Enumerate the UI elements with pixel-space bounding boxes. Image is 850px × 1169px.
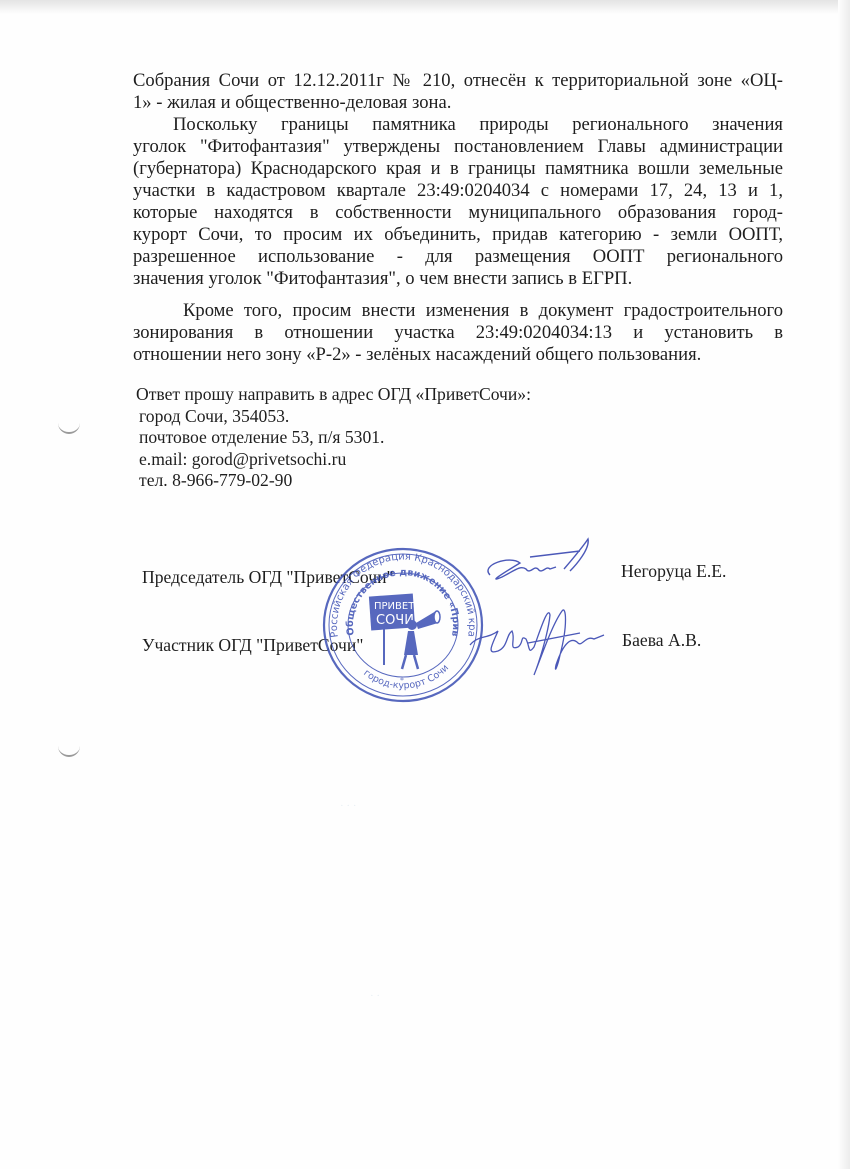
scan-edge-shadow-right — [838, 0, 850, 1169]
punch-hole-mark — [58, 744, 80, 757]
text-line: уголок "Фитофантазия" утверждены постано… — [133, 136, 783, 158]
address-heading: Ответ прошу направить в адрес ОГД «Приве… — [136, 384, 531, 406]
text-line: Собрания Сочи от 12.12.2011г № 210, отне… — [133, 70, 783, 92]
address-phone: тел. 8-966-779-02-90 — [136, 470, 531, 492]
svg-text:*: * — [400, 676, 404, 685]
text-line: зонирования в отношении участка 23:49:02… — [133, 322, 783, 344]
text-line: разрешенное использование - для размещен… — [133, 246, 783, 268]
signatory-name-chairman: Негоруца Е.Е. — [621, 561, 726, 582]
bleed-through-mark: · · — [370, 990, 380, 1002]
reply-address-block: Ответ прошу направить в адрес ОГД «Приве… — [136, 384, 531, 492]
stamp-logo-line1: ПРИВЕТ- — [374, 601, 418, 612]
text-line: (губернатора) Краснодарского края и в гр… — [133, 158, 783, 180]
text-line: отношении него зону «Р-2» - зелёных наса… — [133, 344, 783, 366]
text-line: курорт Сочи, то просим их объединить, пр… — [133, 224, 783, 246]
text-line: значения уголок "Фитофантазия", о чем вн… — [133, 268, 783, 290]
organization-stamp: Российская Федерация Краснодарский край … — [318, 545, 488, 705]
scan-edge-shadow — [0, 0, 850, 14]
bleed-through-mark: · · · — [340, 800, 357, 812]
signature-chairman — [480, 535, 600, 595]
punch-hole-mark — [58, 421, 80, 434]
letter-body: Собрания Сочи от 12.12.2011г № 210, отне… — [133, 70, 783, 366]
text-line: которые находятся в собственности муници… — [133, 202, 783, 224]
signatory-name-member: Баева А.В. — [622, 630, 701, 651]
text-line: Поскольку границы памятника природы реги… — [133, 114, 783, 136]
text-line: 1» - жилая и общественно-деловая зона. — [133, 92, 783, 114]
text-line: участки в кадастровом квартале 23:49:020… — [133, 180, 783, 202]
document-page: Собрания Сочи от 12.12.2011г № 210, отне… — [0, 0, 850, 1169]
text-line: Кроме того, просим внести изменения в до… — [133, 300, 783, 322]
address-post-office: почтовое отделение 53, п/я 5301. — [136, 427, 531, 449]
address-city: город Сочи, 354053. — [136, 406, 531, 428]
address-email: e.mail: gorod@privetsochi.ru — [136, 449, 531, 471]
signature-member — [468, 595, 608, 685]
